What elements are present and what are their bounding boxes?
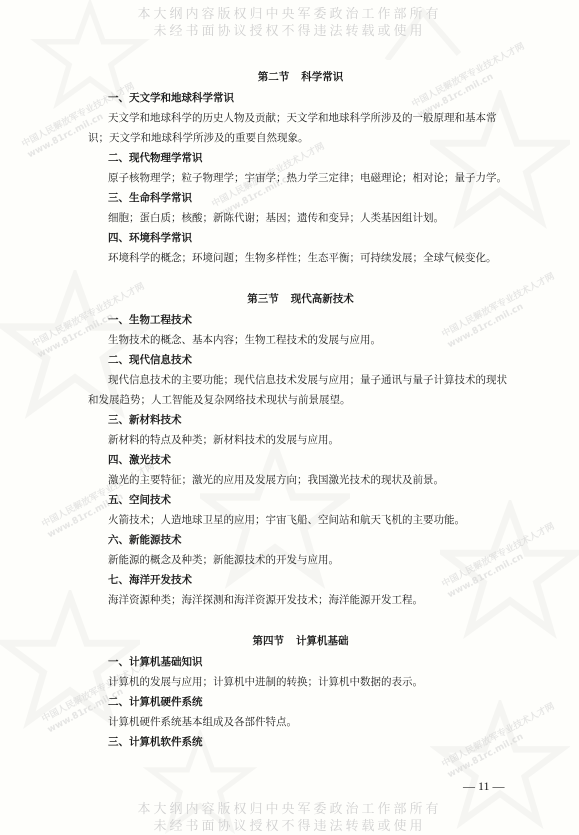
document-page: 中国人民解放军专业技术人才网 www.81rc.mil.cn 中国人民解放军专业… <box>0 0 579 835</box>
section-title: 第三节现代高新技术 <box>88 288 513 310</box>
item-text: 计算机的发展与应用；计算机中进制的转换；计算机中数据的表示。 <box>88 672 513 692</box>
item-heading: 一、生物工程技术 <box>88 310 513 330</box>
item-text: 天文学和地球科学的历史人物及贡献；天文学和地球科学所涉及的一般原理和基本常识；天… <box>88 108 513 148</box>
item-text: 海洋资源种类；海洋探测和海洋资源开发技术；海洋能源开发工程。 <box>88 590 513 610</box>
copyright-line-2: 未经书面协议授权不得违法转载或使用 <box>0 23 579 40</box>
section-name: 科学常识 <box>301 71 343 83</box>
item-heading: 三、生命科学常识 <box>88 188 513 208</box>
item-text: 原子核物理学；粒子物理学；宇宙学；热力学三定律；电磁理论；相对论；量子力学。 <box>88 168 513 188</box>
item-text: 环境科学的概念；环境问题；生物多样性；生态平衡；可持续发展；全球气候变化。 <box>88 248 513 268</box>
copyright-line-2: 未经书面协议授权不得违法转载或使用 <box>0 818 579 835</box>
item-heading: 四、环境科学常识 <box>88 228 513 248</box>
item-text: 生物技术的概念、基本内容；生物工程技术的发展与应用。 <box>88 330 513 350</box>
section-number: 第三节 <box>247 293 279 305</box>
item-text: 计算机硬件系统基本组成及各部件特点。 <box>88 712 513 732</box>
item-heading: 三、计算机软件系统 <box>88 732 513 752</box>
section-number: 第二节 <box>258 71 290 83</box>
copyright-notice-bottom: 本大纲内容版权归中央军委政治工作部所有 未经书面协议授权不得违法转载或使用 <box>0 801 579 835</box>
item-heading: 四、激光技术 <box>88 450 513 470</box>
item-text: 火箭技术；人造地球卫星的应用；宇宙飞船、空间站和航天飞机的主要功能。 <box>88 510 513 530</box>
item-text: 细胞；蛋白质；核酸；新陈代谢；基因；遗传和变异；人类基因组计划。 <box>88 208 513 228</box>
item-text: 现代信息技术的主要功能；现代信息技术发展与应用；量子通讯与量子计算技术的现状和发… <box>88 370 513 410</box>
section-number: 第四节 <box>253 635 285 647</box>
copyright-notice-top: 本大纲内容版权归中央军委政治工作部所有 未经书面协议授权不得违法转载或使用 <box>0 6 579 40</box>
copyright-line-1: 本大纲内容版权归中央军委政治工作部所有 <box>0 6 579 23</box>
item-text: 新能源的概念及种类；新能源技术的开发与应用。 <box>88 550 513 570</box>
section-name: 现代高新技术 <box>291 293 354 305</box>
item-heading: 二、计算机硬件系统 <box>88 692 513 712</box>
section-title: 第四节计算机基础 <box>88 630 513 652</box>
section-science-knowledge: 第二节科学常识 一、天文学和地球科学常识 天文学和地球科学的历史人物及贡献；天文… <box>88 66 513 268</box>
item-heading: 六、新能源技术 <box>88 530 513 550</box>
section-title: 第二节科学常识 <box>88 66 513 88</box>
item-text: 激光的主要特征；激光的应用及发展方向；我国激光技术的现状及前景。 <box>88 470 513 490</box>
item-heading: 一、天文学和地球科学常识 <box>88 88 513 108</box>
copyright-line-1: 本大纲内容版权归中央军委政治工作部所有 <box>0 801 579 818</box>
item-heading: 三、新材料技术 <box>88 410 513 430</box>
item-heading: 五、空间技术 <box>88 490 513 510</box>
section-computer-basics: 第四节计算机基础 一、计算机基础知识 计算机的发展与应用；计算机中进制的转换；计… <box>88 630 513 752</box>
item-heading: 二、现代信息技术 <box>88 350 513 370</box>
item-heading: 一、计算机基础知识 <box>88 652 513 672</box>
item-text: 新材料的特点及种类；新材料技术的发展与应用。 <box>88 430 513 450</box>
item-heading: 二、现代物理学常识 <box>88 148 513 168</box>
section-name: 计算机基础 <box>296 635 349 647</box>
page-number: — 11 — <box>463 779 505 794</box>
item-heading: 七、海洋开发技术 <box>88 570 513 590</box>
section-modern-high-tech: 第三节现代高新技术 一、生物工程技术 生物技术的概念、基本内容；生物工程技术的发… <box>88 288 513 610</box>
document-content: 第二节科学常识 一、天文学和地球科学常识 天文学和地球科学的历史人物及贡献；天文… <box>88 66 513 752</box>
